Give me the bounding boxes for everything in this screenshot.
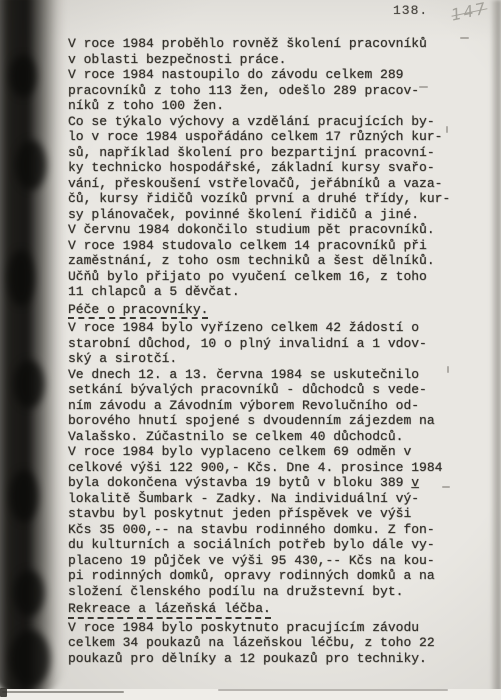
binding-blob bbox=[14, 570, 44, 616]
text-line: Kčs 35 000,-- na stavbu rodinného domku.… bbox=[68, 522, 468, 538]
text-line: V roce 1984 nastoupilo do závodu celkem … bbox=[68, 67, 468, 83]
text-line: čů, kursy řidičů vozíků první a druhé tř… bbox=[68, 191, 468, 207]
text-line: Valašsko. Zúčastnilo se celkem 40 důchod… bbox=[68, 429, 468, 445]
text-line: poukazů pro dělníky a 12 poukazů pro tec… bbox=[68, 651, 468, 667]
binding-blob bbox=[14, 360, 44, 408]
text-line: celkem 34 poukazů na lázeňskou léčbu, z … bbox=[68, 635, 468, 651]
text-line: byla dokončena výstavba 19 bytů v bloku … bbox=[68, 475, 468, 491]
section-heading: Péče o pracovníky. bbox=[68, 302, 468, 318]
text-line: V roce 1984 studovalo celkem 14 pracovní… bbox=[68, 238, 468, 254]
text-line: V červnu 1984 dokončilo studium pět prac… bbox=[68, 222, 468, 238]
text-line: Učňů bylo přijato po vyučení celkem 16, … bbox=[68, 269, 468, 285]
text-line: lo v roce 1984 uspořádáno celkem 17 různ… bbox=[68, 129, 468, 145]
binding-blob bbox=[10, 630, 50, 688]
text-line: pi rodinných domků, opravy rodinných dom… bbox=[68, 568, 468, 584]
text-line: sů, například školení pro bezpartijní pr… bbox=[68, 145, 468, 161]
section-heading: Rekreace a lázeňská léčba. bbox=[68, 601, 468, 617]
text-line: du kulturních a sociálních potřeb bylo d… bbox=[68, 537, 468, 553]
text-line: ky technicko hospodářské, základní kursy… bbox=[68, 160, 468, 176]
text-line: zaměstnání, z toho osm techniků a šest d… bbox=[68, 253, 468, 269]
handwritten-page-number: 147 bbox=[449, 0, 489, 25]
binding-blob bbox=[8, 250, 34, 306]
document-text: V roce 1984 proběhlo rovněž školení prac… bbox=[68, 36, 468, 666]
text-line: lokalitě Šumbark - Zadky. Na individuáln… bbox=[68, 491, 468, 507]
scan-edge-shadow bbox=[490, 0, 501, 700]
scan-artifact-line bbox=[2, 691, 124, 693]
text-line: V roce 1984 bylo vyplaceno celkem 69 odm… bbox=[68, 444, 468, 460]
text-line: sy plánovaček, povinné školení řidičů a … bbox=[68, 207, 468, 223]
text-line: pracovníků z toho 113 žen, odešlo 289 pr… bbox=[68, 83, 468, 99]
text-line: celkové výši 122 900,- Kčs. Dne 4. prosi… bbox=[68, 460, 468, 476]
text-line: 11 chlapců a 5 děvčat. bbox=[68, 284, 468, 300]
text-line: V roce 1984 proběhlo rovněž školení prac… bbox=[68, 36, 468, 52]
text-line: borového hnutí spojené s dvoudenním záje… bbox=[68, 413, 468, 429]
scan-artifact-mark bbox=[0, 688, 7, 697]
text-line: stavbu byl poskytnut jeden příspěvek ve … bbox=[68, 506, 468, 522]
text-line: složení členského podílu na družstevní b… bbox=[68, 584, 468, 600]
binding-blob bbox=[10, 55, 36, 97]
text-line: V roce 1984 bylo poskytnuto pracujícím z… bbox=[68, 620, 468, 636]
text-line: starobní důchod, 10 o plný invalidní a 1… bbox=[68, 336, 468, 352]
scanned-page: 138. 147 V roce 1984 proběhlo rovněž ško… bbox=[0, 0, 501, 700]
text-line: v oblasti bezpečnosti práce. bbox=[68, 52, 468, 68]
text-line: Ve dnech 12. a 13. června 1984 se uskute… bbox=[68, 367, 468, 383]
text-line: ním závodu a Závodním výborem Revolučníh… bbox=[68, 398, 468, 414]
binding-blob bbox=[10, 470, 38, 522]
text-line: placeno 19 půjček ve výši 95 430,-- Kčs … bbox=[68, 553, 468, 569]
binding-blob bbox=[16, 140, 46, 190]
text-line: setkání bývalých pracovníků - důchodců s… bbox=[68, 382, 468, 398]
scan-artifact-line bbox=[218, 689, 448, 691]
text-line: V roce 1984 bylo vyřízeno celkem 42 žádo… bbox=[68, 320, 468, 336]
text-line: Co se týkalo výchovy a vzdělání pracujíc… bbox=[68, 114, 468, 130]
text-line: níků z toho 100 žen. bbox=[68, 98, 468, 114]
text-line: ský a sirotčí. bbox=[68, 351, 468, 367]
page-number: 138. bbox=[393, 3, 428, 18]
text-line: vání, přeskoušení vstřelovačů, jeřábníků… bbox=[68, 176, 468, 192]
